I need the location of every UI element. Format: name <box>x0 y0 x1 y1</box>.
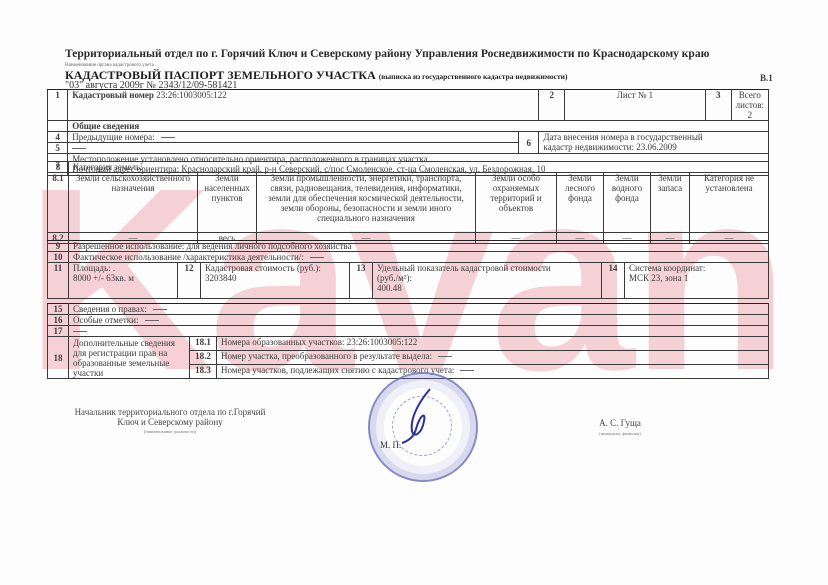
row-num: 2 <box>539 90 565 121</box>
land-category-table: 8 Категория земель: 8.1 Земли сельскохоз… <box>47 161 769 244</box>
position-caption: (наименование должности) <box>70 429 270 434</box>
row-num: 8 <box>48 162 69 173</box>
category-settlements: Земли населенных пунктов <box>198 173 257 233</box>
row-num: 10 <box>48 252 69 263</box>
coordinate-system-label: Система координат: <box>629 263 764 273</box>
deregistered-parcels: Номера участков, подлежащих снятию с кад… <box>217 365 769 379</box>
row-num: 15 <box>48 304 69 315</box>
signatory-position: Начальник территориального отдела по г.Г… <box>70 407 270 427</box>
category-water: Земли водного фонда <box>604 173 651 233</box>
coordinate-system-cell: Система координат: МСК 23, зона 1 <box>625 263 769 299</box>
total-sheets: Всего листов: 2 <box>731 90 768 121</box>
signatory-name: А. С. Гуща <box>580 418 660 428</box>
area-label: Площадь: . <box>73 263 173 273</box>
signature-icon <box>400 385 440 445</box>
row-num: 18.1 <box>190 337 217 351</box>
empty-dash <box>72 148 86 149</box>
row-num: 18.3 <box>190 365 217 379</box>
signatory-name-block: А. С. Гуща (инициалы, фамилия) <box>580 418 660 436</box>
row-num: 14 <box>602 263 625 299</box>
empty-dash <box>153 309 167 310</box>
document-page: Kavan Территориальный отдел по г. Горячи… <box>0 0 828 585</box>
form-code: В.1 <box>760 73 773 83</box>
cadastral-value-label: Кадастровая стоимость (руб.): <box>205 263 345 273</box>
cadastral-number-label: Кадастровый номер <box>72 90 154 100</box>
previous-numbers: Предыдущие номера: <box>68 132 519 143</box>
row-num: 8.1 <box>48 173 69 233</box>
empty-dash <box>438 356 452 357</box>
category-forest: Земли лесного фонда <box>557 173 604 233</box>
empty-dash <box>73 331 87 332</box>
row-num: 12 <box>178 263 201 299</box>
specific-value-label: Удельный показатель кадастровой стоимост… <box>377 263 597 273</box>
category-agricultural: Земли сельскохозяйственного назначения <box>69 173 198 233</box>
cadastral-value: 3203840 <box>205 273 345 283</box>
signatory-position-block: Начальник территориального отдела по г.Г… <box>70 407 270 434</box>
additional-info-table: 15 Сведения о правах: 16 Особые отметки:… <box>47 303 769 379</box>
cadastral-number-value: 23:26:1003005:122 <box>156 90 227 100</box>
empty-dash <box>460 370 474 371</box>
row-17-value <box>69 326 769 337</box>
sheet-number: Лист № 1 <box>565 90 706 121</box>
rights-info: Сведения о правах: <box>69 304 769 315</box>
row-num: 3 <box>705 90 731 121</box>
specific-value-cell: Удельный показатель кадастровой стоимост… <box>373 263 602 299</box>
row-num: 5 <box>48 143 68 154</box>
row-num: 4 <box>48 132 68 143</box>
row-num: 18 <box>48 337 69 379</box>
stamp-label: М. П. <box>380 440 401 450</box>
cadastral-number-cell: Кадастровый номер 23:26:1003005:122 <box>68 90 539 121</box>
land-category-label: Категория земель: <box>69 162 769 173</box>
row-5-value <box>68 143 519 154</box>
title-subtitle: (выписка из государственного кадастра не… <box>379 72 568 81</box>
permitted-use: Разрешенное использование: для ведения л… <box>69 241 769 252</box>
empty-dash <box>161 137 175 138</box>
row-num: 16 <box>48 315 69 326</box>
empty-dash <box>310 257 324 258</box>
row-num: 9 <box>48 241 69 252</box>
row-num: 1 <box>48 90 68 121</box>
issuing-office: Территориальный отдел по г. Горячий Ключ… <box>65 48 709 60</box>
row-num: 11 <box>48 263 69 299</box>
row-num: 6 <box>519 132 539 154</box>
row-num: 18.2 <box>190 351 217 365</box>
area-value: 8000 +/- 63кв. м <box>73 273 173 283</box>
additional-registration-label: Дополнительные сведения для регистрации … <box>69 337 190 379</box>
transformed-parcel: Номер участка, преобразованного в резуль… <box>217 351 769 365</box>
category-not-set: Категория не установлена <box>690 173 769 233</box>
specific-value: 400.48 <box>377 283 597 293</box>
actual-use: Фактическое использование /характеристик… <box>69 252 769 263</box>
category-reserve: Земли запаса <box>651 173 690 233</box>
land-use-table: 9 Разрешенное использование: для ведения… <box>47 240 769 299</box>
formed-parcels: Номера образованных участков: 23:26:1003… <box>217 337 769 351</box>
empty-dash <box>145 320 159 321</box>
specific-value-unit: (руб./м²): <box>377 273 597 283</box>
number-entry-date: Дата внесения номера в государственный к… <box>539 132 769 154</box>
row-num: 13 <box>350 263 373 299</box>
category-industry: Земли промышленности, энергетики, трансп… <box>257 173 476 233</box>
row-num: 17 <box>48 326 69 337</box>
special-notes: Особые отметки: <box>69 315 769 326</box>
general-info-heading: Общие сведения <box>68 121 769 132</box>
cadastral-value-cell: Кадастровая стоимость (руб.): 3203840 <box>201 263 350 299</box>
coordinate-system-value: МСК 23, зона 1 <box>629 273 764 283</box>
category-protected: Земли особо охраняемых территорий и объе… <box>476 173 557 233</box>
name-caption: (инициалы, фамилия) <box>580 431 660 436</box>
area-cell: Площадь: . 8000 +/- 63кв. м <box>69 263 178 299</box>
